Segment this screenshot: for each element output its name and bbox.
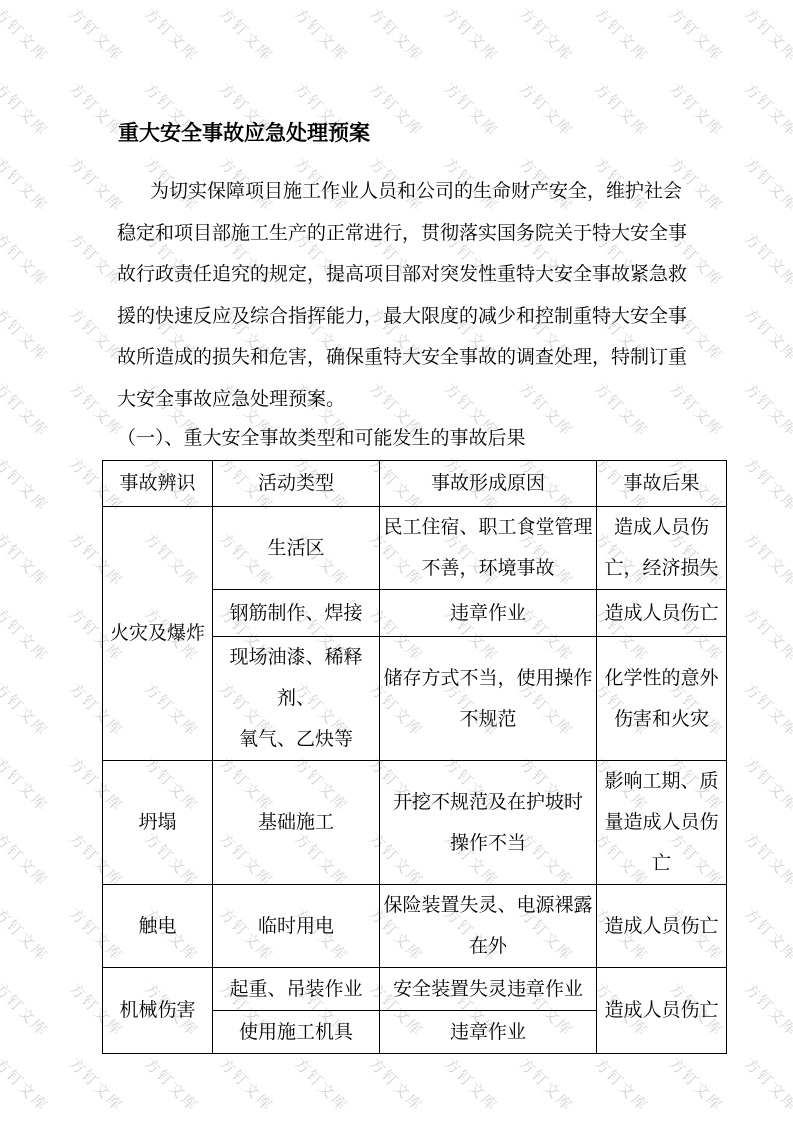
table-cell: 安全装置失灵违章作业 xyxy=(380,968,597,1011)
table-header-cell: 事故辨识 xyxy=(103,461,213,507)
document-page: 方钉文库方钉文库方钉文库方钉文库方钉文库方钉文库方钉文库方钉文库方钉文库方钉文库… xyxy=(0,0,793,1122)
table-cell: 生活区 xyxy=(213,507,380,590)
paragraph-line: 援的快速反应及综合指挥能力，最大限度的减少和控制重特大安全事 xyxy=(117,296,677,338)
table-cell: 火灾及爆炸 xyxy=(103,507,213,761)
paragraph-line: 故行政责任追究的规定，提高项目部对突发性重特大安全事故紧急救 xyxy=(117,254,677,296)
table-cell: 基础施工 xyxy=(213,761,380,885)
table-row: 火灾及爆炸生活区民工住宿、职工食堂管理 不善，环境事故造成人员伤 亡，经济损失 xyxy=(103,507,727,590)
table-header-cell: 事故形成原因 xyxy=(380,461,597,507)
table-row: 坍塌基础施工开挖不规范及在护坡时 操作不当影响工期、质 量造成人员伤 亡 xyxy=(103,761,727,885)
table-cell: 钢筋制作、焊接 xyxy=(213,590,380,637)
table-cell: 临时用电 xyxy=(213,885,380,968)
table-cell: 造成人员伤亡 xyxy=(597,590,727,637)
table-header-cell: 活动类型 xyxy=(213,461,380,507)
table-cell: 储存方式不当，使用操作 不规范 xyxy=(380,637,597,761)
table-cell: 使用施工机具 xyxy=(213,1011,380,1054)
table-cell: 造成人员伤亡 xyxy=(597,885,727,968)
table-cell: 开挖不规范及在护坡时 操作不当 xyxy=(380,761,597,885)
table-cell: 违章作业 xyxy=(380,590,597,637)
table-cell: 民工住宿、职工食堂管理 不善，环境事故 xyxy=(380,507,597,590)
table-cell: 违章作业 xyxy=(380,1011,597,1054)
table-cell: 化学性的意外 伤害和火灾 xyxy=(597,637,727,761)
paragraph-line: 稳定和项目部施工生产的正常进行，贯彻落实国务院关于特大安全事 xyxy=(117,213,677,255)
table-cell: 影响工期、质 量造成人员伤 亡 xyxy=(597,761,727,885)
table-header-cell: 事故后果 xyxy=(597,461,727,507)
document-title: 重大安全事故应急处理预案 xyxy=(118,123,370,145)
table-row: 触电临时用电保险装置失灵、电源裸露 在外造成人员伤亡 xyxy=(103,885,727,968)
accident-table-body: 事故辨识活动类型事故形成原因事故后果火灾及爆炸生活区民工住宿、职工食堂管理 不善… xyxy=(103,461,727,1054)
table-row: 机械伤害起重、吊装作业安全装置失灵违章作业造成人员伤亡 xyxy=(103,968,727,1011)
table-cell: 现场油漆、稀释剂、 氧气、乙炔等 xyxy=(213,637,380,761)
document-content: 重大安全事故应急处理预案 为切实保障项目施工作业人员和公司的生命财产安全，维护社… xyxy=(0,0,793,1122)
section-heading: （一）、重大安全事故类型和可能发生的事故后果 xyxy=(117,418,526,460)
accident-table: 事故辨识活动类型事故形成原因事故后果火灾及爆炸生活区民工住宿、职工食堂管理 不善… xyxy=(102,460,727,1054)
table-header-row: 事故辨识活动类型事故形成原因事故后果 xyxy=(103,461,727,507)
body-paragraph: 为切实保障项目施工作业人员和公司的生命财产安全，维护社会稳定和项目部施工生产的正… xyxy=(117,171,677,420)
table-cell: 触电 xyxy=(103,885,213,968)
table-cell: 造成人员伤亡 xyxy=(597,968,727,1054)
paragraph-line: 为切实保障项目施工作业人员和公司的生命财产安全，维护社会 xyxy=(117,171,677,213)
table-cell: 坍塌 xyxy=(103,761,213,885)
table-cell: 保险装置失灵、电源裸露 在外 xyxy=(380,885,597,968)
table-cell: 机械伤害 xyxy=(103,968,213,1054)
table-cell: 造成人员伤 亡，经济损失 xyxy=(597,507,727,590)
paragraph-line: 故所造成的损失和危害，确保重特大安全事故的调查处理，特制订重 xyxy=(117,337,677,379)
table-cell: 起重、吊装作业 xyxy=(213,968,380,1011)
paragraph-line: 大安全事故应急处理预案。 xyxy=(117,379,677,421)
